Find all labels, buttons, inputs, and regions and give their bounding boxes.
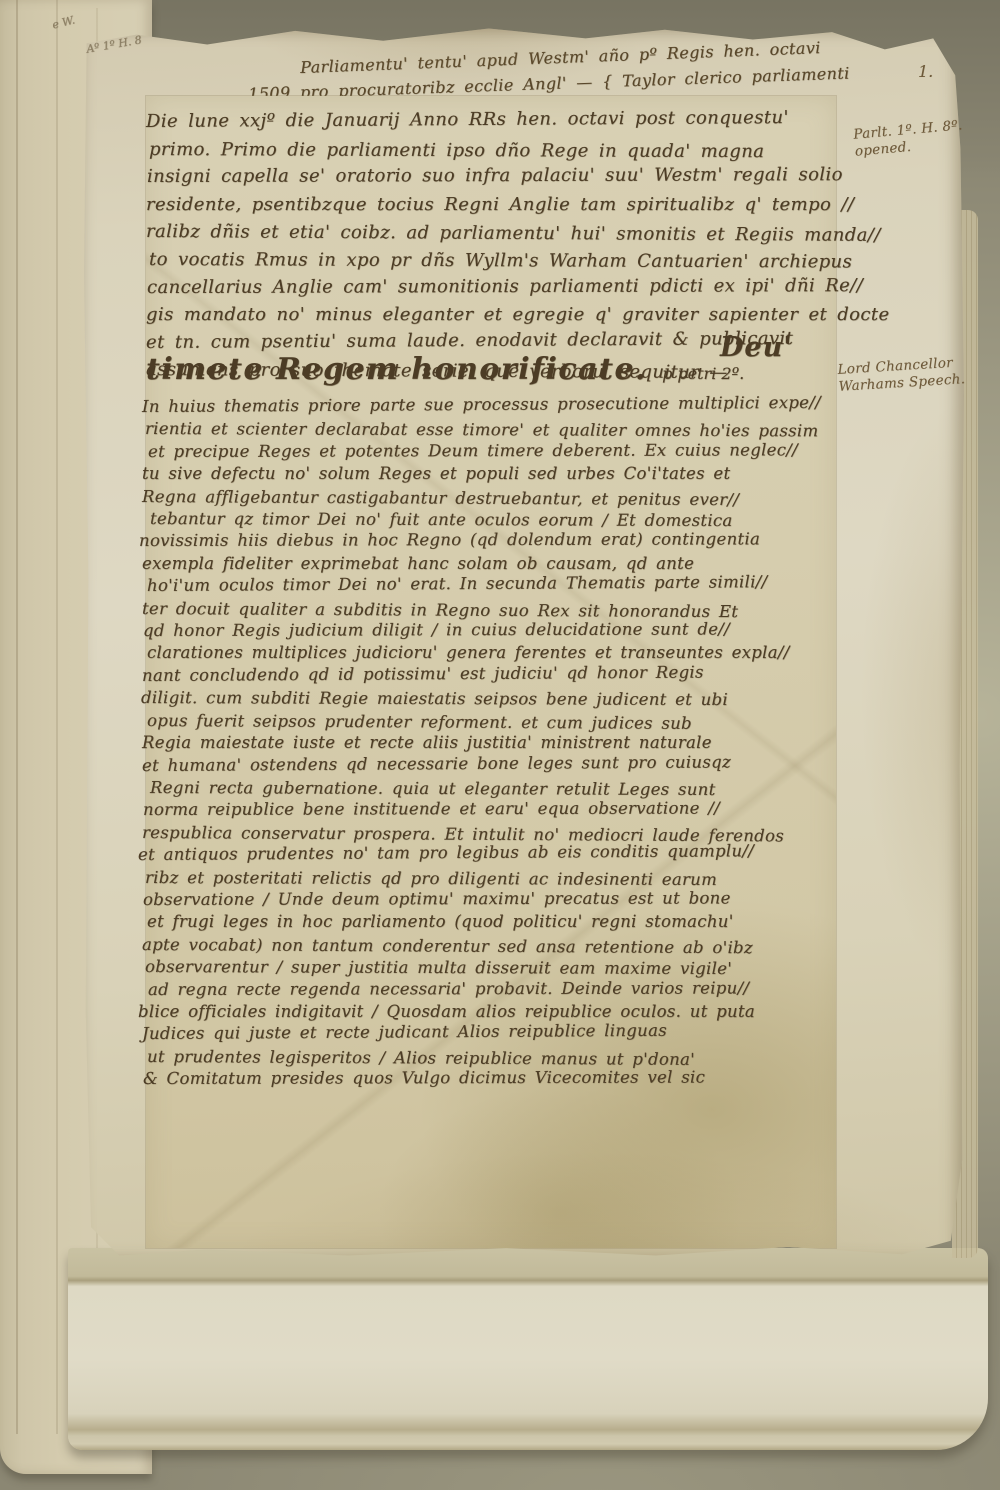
manuscript-line: residente, psentibzque tocius Regni Angl… [146, 191, 852, 219]
theme-text: timete Regem honorificate. [146, 352, 647, 387]
manuscript-line: opus fuerit seipsos prudenter reforment.… [147, 710, 854, 736]
manuscript-line: ralibz dñis et etia' coibz. ad parliamen… [146, 218, 852, 249]
manuscript-line: et frugi leges in hoc parliamento (quod … [147, 911, 854, 933]
manuscript-leaf: Parliamentu' tentu' apud Westm' año pº R… [84, 26, 964, 1258]
sermon-theme-heading: timete Regem honorificate. p petri 2º. [146, 352, 744, 387]
manuscript-line: & Comitatum presides quos Vulgo dicimus … [143, 1066, 855, 1090]
manuscript-line: cancellarius Anglie cam' sumonitionis pa… [147, 272, 853, 301]
manuscript-line: observatione / Unde deum optimu' maximu'… [143, 887, 855, 911]
manuscript-line: Judices qui juste et recte judicant Alio… [142, 1019, 854, 1046]
manuscript-line: ho'i'um oculos timor Dei no' erat. In se… [147, 571, 854, 598]
manuscript-line: novissimis hiis diebus in hoc Regno (qd … [139, 529, 855, 553]
manuscript-line: et humana' ostendens qd necessarie bone … [142, 750, 854, 777]
page-edge-line [56, 0, 58, 1434]
manuscript-line: insigni capella se' oratorio suo infra p… [147, 161, 853, 190]
manuscript-line: norma reipublice bene instituende et ear… [143, 797, 855, 821]
folio-number: 1. [918, 62, 933, 81]
manuscript-line: Die lune xxjº die Januarij Anno RRs hen.… [146, 104, 852, 136]
theme-citation: p petri 2º. [662, 364, 744, 383]
manuscript-line: et antiquos prudentes no' tam pro legibu… [138, 840, 854, 867]
manuscript-line: qd honor Regis judicium diligit / in cui… [143, 618, 855, 642]
manuscript-line: et precipue Reges et potentes Deum timer… [148, 439, 855, 463]
manuscript-line: diligit. cum subditi Regie maiestatis se… [141, 687, 857, 712]
chancellor-speech-paragraph: In huius thematis priore parte sue proce… [142, 396, 854, 1091]
manuscript-line: nant concludendo qd id potissimu' est ju… [142, 661, 854, 688]
page-edge-line [16, 0, 18, 1434]
underlying-leaves-stack [68, 1248, 988, 1450]
manuscript-line: ad regna recte regenda necessaria' proba… [148, 977, 855, 1001]
manuscript-line: In huius thematis priore parte sue proce… [142, 392, 854, 419]
manuscript-photo: e W. Aº 1º H. 8 1. Parlt. 1º. H. 8º. ope… [0, 0, 1000, 1490]
manuscript-line: tu sive defectu no' solum Reges et popul… [142, 463, 854, 485]
